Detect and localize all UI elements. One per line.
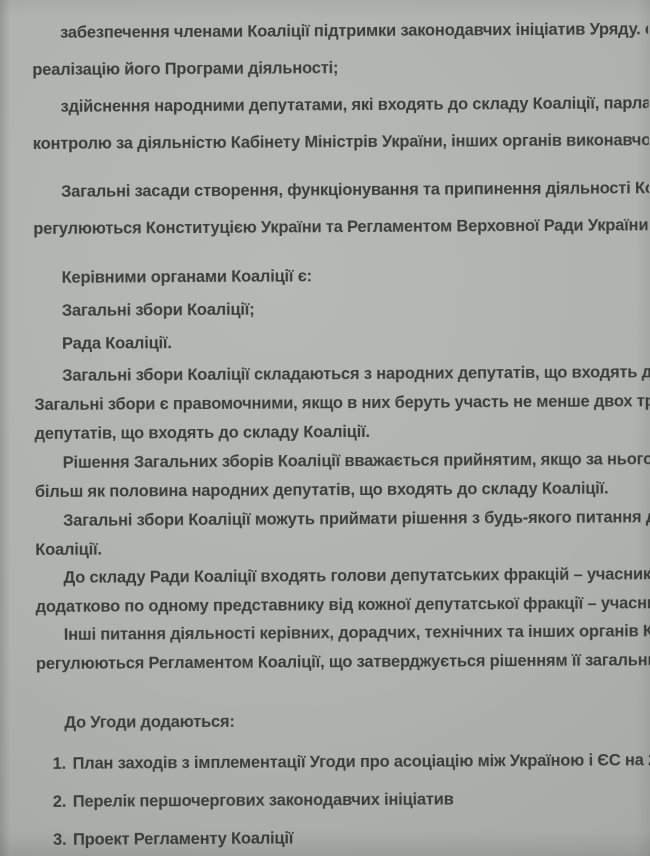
text-line: Загальні збори Коаліції можуть приймати … — [35, 503, 650, 536]
text-line: Загальні збори Коаліції складаються з на… — [34, 358, 650, 391]
document-body: забезпечення членами Коаліції підтримки … — [32, 0, 650, 856]
list-item-number: 2. — [53, 783, 73, 821]
appendix-list: 1.План заходів з імплементації Угоди про… — [36, 741, 650, 856]
text-line: депутатів, що входять до складу Коаліції… — [34, 416, 650, 449]
text-line: здійснення народними депутатами, які вхо… — [32, 85, 648, 126]
text-line: Загальні засади створення, функціонуванн… — [33, 170, 649, 211]
text-line: регулюються Регламентом Коаліції, що зат… — [36, 646, 650, 679]
paragraph: Рішення Загальних зборів Коаліції вважає… — [35, 445, 650, 507]
text-line: забезпечення членами Коаліції підтримки … — [32, 11, 648, 52]
text-line: реалізацію його Програми діяльності; — [32, 48, 648, 89]
paragraph: здійснення народними депутатами, які вхо… — [32, 85, 648, 163]
paragraph: До складу Ради Коаліції входять голови д… — [35, 560, 650, 622]
paragraph: Інші питання діяльності керівних, дорадч… — [36, 617, 650, 679]
text-line: регулюються Конституцією України та Регл… — [33, 207, 649, 248]
paragraph: забезпечення членами Коаліції підтримки … — [32, 11, 648, 89]
text-line: Керівними органами Коаліції є: — [34, 258, 650, 295]
text-line: До складу Ради Коаліції входять голови д… — [35, 560, 650, 593]
text-line: Загальні збори Коаліції; — [34, 291, 650, 328]
list-item-number: 1. — [52, 745, 72, 783]
document-page: забезпечення членами Коаліції підтримки … — [0, 0, 650, 856]
list-item: 3.Проект Регламенту Коаліції — [37, 817, 650, 856]
list-item-text: Проект Регламенту Коаліції — [73, 819, 293, 856]
list-item-text: Перелік першочергових законодавчих ініці… — [73, 780, 454, 820]
text-line: Інші питання діяльності керівних, дорадч… — [36, 617, 650, 650]
text-line: Рішення Загальних зборів Коаліції вважає… — [35, 445, 650, 478]
text-line: більш як половина народних депутатів, що… — [35, 474, 650, 507]
paragraph: До Угоди додаються: — [36, 706, 650, 736]
list-item-number: 3. — [53, 821, 73, 856]
text-line: контролю за діяльністю Кабінету Міністрі… — [33, 122, 649, 163]
list-item: 2.Перелік першочергових законодавчих іні… — [37, 779, 650, 821]
list-item: 1.План заходів з імплементації Угоди про… — [36, 741, 650, 783]
list-item-text: План заходів з імплементації Угоди про а… — [72, 741, 650, 783]
text-line: Рада Коаліції. — [34, 324, 650, 361]
paragraph: Керівними органами Коаліції є:Загальні з… — [34, 258, 650, 361]
paragraph: Загальні засади створення, функціонуванн… — [33, 170, 649, 248]
text-line: Загальні збори є правомочними, якщо в ни… — [34, 387, 650, 420]
text-line: До Угоди додаються: — [36, 706, 650, 736]
paragraph: Загальні збори Коаліції можуть приймати … — [35, 503, 650, 565]
paragraph: Загальні збори Коаліції складаються з на… — [34, 358, 650, 449]
